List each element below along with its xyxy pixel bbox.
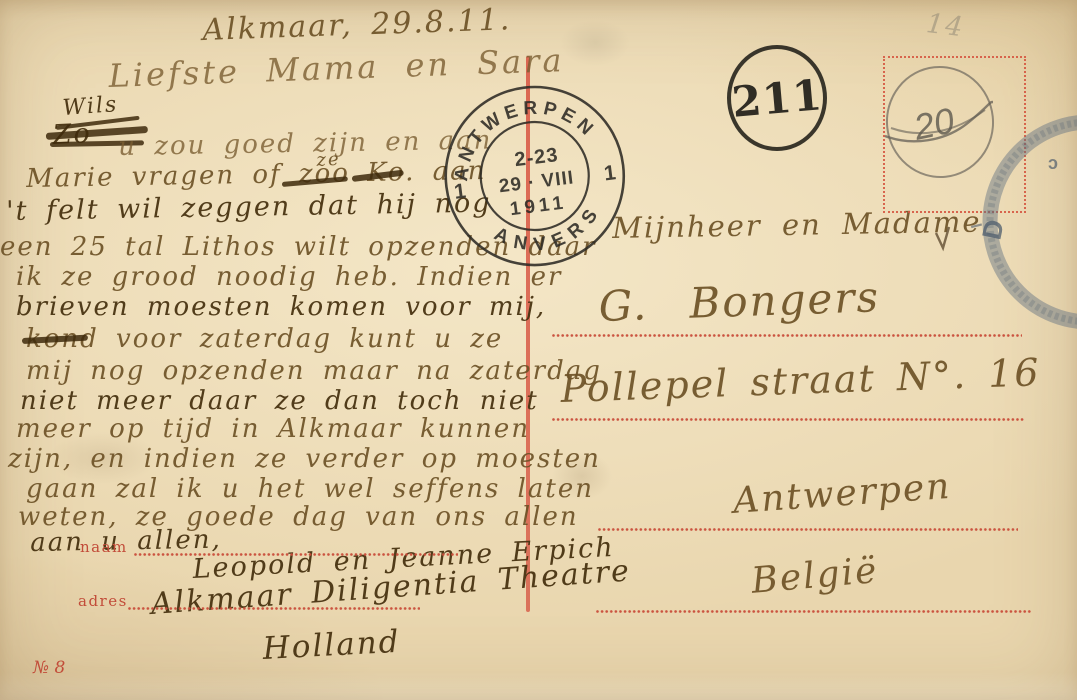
postmark-left-number: 1 bbox=[453, 180, 468, 204]
message-line: gaan zal ik u het wel seffens laten bbox=[26, 476, 594, 502]
faded-postmark-letter: ɔ bbox=[1048, 153, 1058, 173]
message-line: 't felt wil zeggen dat hij nog bbox=[6, 190, 492, 225]
inserted-word: ze bbox=[316, 151, 341, 170]
postcard-back: Alkmaar, 29.8.11. Liefste Mama en Sara W… bbox=[0, 0, 1077, 700]
pencil-smudge bbox=[560, 20, 630, 66]
pencil-corner-note: 14 bbox=[925, 10, 966, 41]
pencil-check-mark bbox=[936, 227, 949, 248]
address-line-rule bbox=[596, 610, 1032, 613]
card-number: № 8 bbox=[33, 660, 65, 677]
postmark-right-number: 1 bbox=[603, 161, 618, 185]
signature-line: Holland bbox=[262, 627, 401, 665]
message-line: meer op tijd in Alkmaar kunnen bbox=[16, 416, 530, 442]
antwerpen-postmark: ANTWERPEN ANVERS 1 1 2-23 29 · VIII 1911 bbox=[429, 71, 641, 285]
faded-arrival-postmark: ɔ D – bbox=[930, 95, 1077, 385]
control-number: 211 bbox=[730, 70, 825, 127]
name-field-line bbox=[134, 553, 458, 556]
address-city: Antwerpen bbox=[732, 469, 952, 520]
dateline: Alkmaar, 29.8.11. bbox=[202, 5, 512, 46]
address-line-rule bbox=[552, 418, 1024, 421]
name-field-label: naam bbox=[80, 540, 128, 555]
faded-postmark-dash: – bbox=[967, 211, 985, 238]
message-line: mij nog opzenden maar na zaterdag bbox=[26, 358, 602, 384]
message-line: Marie vragen of zoo Ko. aan bbox=[26, 158, 487, 192]
message-line: zijn, en indien ze verder op moesten bbox=[8, 446, 601, 472]
address-field-label: adres bbox=[78, 594, 128, 609]
control-number-circle: 211 bbox=[727, 45, 827, 151]
postmark-city-top: ANTWERPEN bbox=[442, 89, 605, 184]
address-country: België bbox=[750, 553, 880, 600]
address-field-line bbox=[128, 607, 420, 610]
greeting-line: Liefste Mama en Sara bbox=[108, 44, 565, 92]
address-name: G. Bongers bbox=[598, 276, 881, 328]
margin-note: Wils bbox=[62, 94, 119, 120]
message-line: niet meer daar ze dan toch niet bbox=[20, 388, 539, 414]
message-line: kond voor zaterdag kunt u ze bbox=[26, 326, 503, 352]
message-line: brieven moesten komen voor mij, bbox=[16, 294, 546, 320]
postmark-time: 2-23 bbox=[513, 144, 559, 171]
address-line-rule bbox=[598, 528, 1018, 531]
postmark-year: 1911 bbox=[509, 192, 568, 220]
